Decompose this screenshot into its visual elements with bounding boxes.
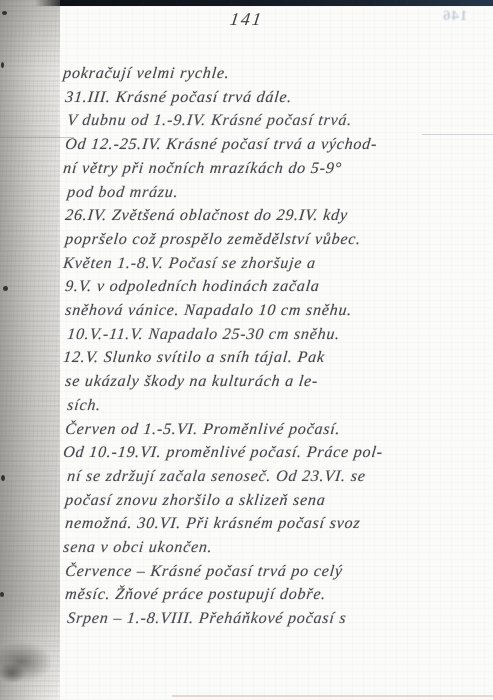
manuscript-line: 10.V.-11.V. Napadalo 25-30 cm sněhu. — [66, 323, 466, 347]
scan-speck — [0, 592, 4, 597]
manuscript-line: se ukázaly škody na kulturách a le- — [64, 370, 466, 394]
scanner-edge-top — [0, 0, 493, 6]
manuscript-line: počasí znovu zhoršilo a sklizeň sena — [64, 489, 466, 513]
manuscript-line: měsíc. Žňové práce postupují dobře. — [64, 583, 466, 607]
manuscript-line: Od 12.-25.IV. Krásné počasí trvá a výcho… — [64, 133, 466, 157]
manuscript-line: 26.IV. Zvětšená oblačnost do 29.IV. kdy — [64, 204, 466, 228]
manuscript-line: V dubnu od 1.-9.IV. Krásné počasí trvá. — [66, 109, 466, 133]
manuscript-line: Květen 1.-8.V. Počasí se zhoršuje a — [62, 252, 466, 276]
manuscript-line: ní větry při nočních mrazíkách do 5-9° — [62, 157, 466, 181]
scan-speck — [3, 286, 8, 291]
faint-pencil-line-left — [0, 137, 74, 138]
manuscript-line: ní se zdržují začala senoseč. Od 23.VI. … — [66, 465, 466, 489]
spine-grain-texture — [0, 0, 60, 700]
manuscript-line: popršelo což prospělo zemědělství vůbec. — [64, 228, 466, 252]
manuscript-line: 12.V. Slunko svítilo a sníh tájal. Pak — [62, 346, 466, 370]
manuscript-line: pod bod mrázu. — [66, 181, 466, 205]
manuscript-line: sích. — [66, 394, 466, 418]
manuscript-line: pokračují velmi rychle. — [62, 62, 466, 86]
scanned-chronicle-page: 141 146 pokračují velmi rychle. 31.III. … — [0, 0, 493, 700]
manuscript-line: nemožná. 30.VI. Při krásném počasí svoz — [64, 512, 466, 536]
manuscript-line: Od 10.-19.VI. proměnlivé počasí. Práce p… — [62, 441, 466, 465]
bleedthrough-page-number: 146 — [442, 8, 468, 25]
scan-speck — [1, 475, 5, 481]
page-number: 141 — [0, 9, 493, 30]
manuscript-line: 31.III. Krásné počasí trvá dále. — [64, 86, 466, 110]
bottom-edge-line — [172, 695, 493, 697]
manuscript-line: Červen od 1.-5.VI. Proměnlivé počasí. — [64, 418, 466, 442]
manuscript-line: 9.V. v odpoledních hodinách začala — [64, 275, 466, 299]
bottom-left-smudge — [0, 636, 74, 698]
handwritten-text-block: pokračují velmi rychle. 31.III. Krásné p… — [64, 62, 464, 631]
manuscript-line: sněhová vánice. Napadalo 10 cm sněhu. — [64, 299, 466, 323]
manuscript-line: Července – Krásné počasí trvá po celý — [64, 560, 466, 584]
scan-speck — [1, 62, 4, 68]
manuscript-line: sena v obci ukončen. — [62, 536, 466, 560]
manuscript-line: Srpen – 1.-8.VIII. Přeháňkové počasí s — [66, 607, 466, 631]
